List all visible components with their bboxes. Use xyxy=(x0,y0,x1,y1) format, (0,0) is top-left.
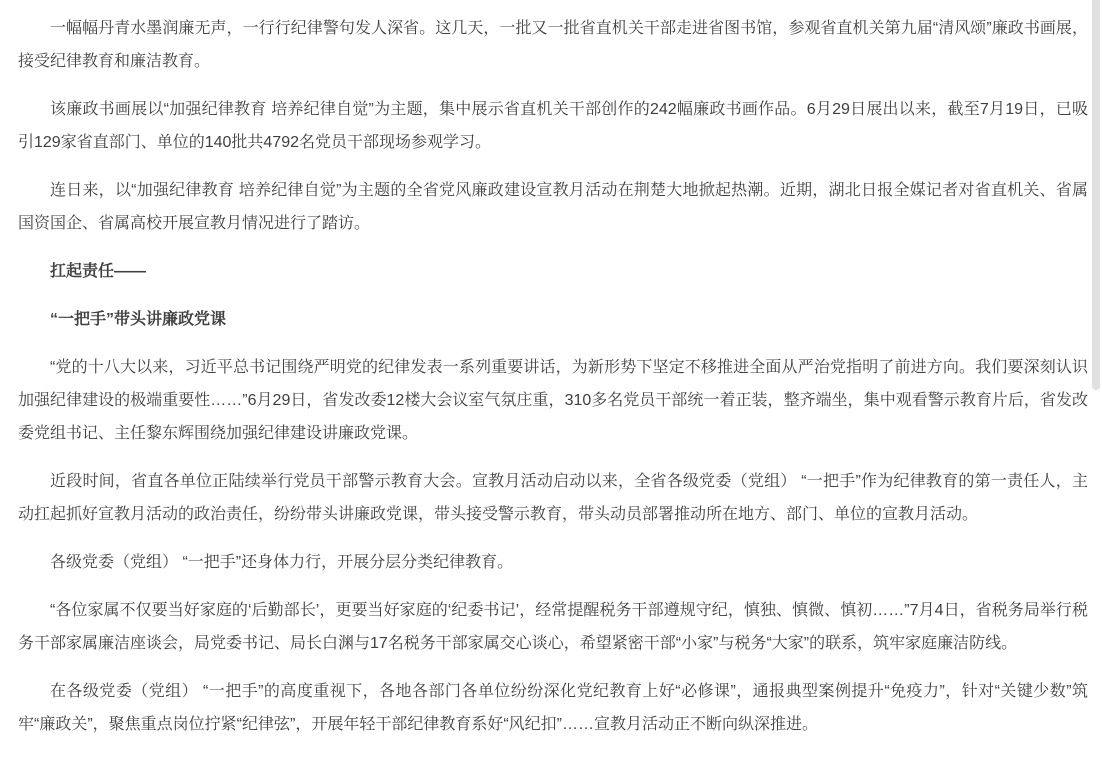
paragraph: 连日来，以“加强纪律教育 培养纪律自觉”为主题的全省党风廉政建设宣教月活动在荆楚… xyxy=(18,174,1088,240)
paragraph: 一幅幅丹青水墨润廉无声，一行行纪律警句发人深省。这几天，一批又一批省直机关干部走… xyxy=(18,12,1088,78)
scrollbar-thumb[interactable] xyxy=(1092,0,1100,390)
section-heading: 扛起责任—— xyxy=(18,255,1088,288)
paragraph: 该廉政书画展以“加强纪律教育 培养纪律自觉”为主题，集中展示省直机关干部创作的2… xyxy=(18,93,1088,159)
paragraph: 在各级党委（党组） “一把手”的高度重视下，各地各部门各单位纷纷深化党纪教育上好… xyxy=(18,675,1088,741)
scrollbar-track[interactable] xyxy=(1090,0,1102,770)
paragraph: “党的十八大以来，习近平总书记围绕严明党的纪律发表一系列重要讲话，为新形势下坚定… xyxy=(18,351,1088,450)
section-subheading: “一把手”带头讲廉政党课 xyxy=(18,303,1088,336)
paragraph: 近段时间，省直各单位正陆续举行党员干部警示教育大会。宣教月活动启动以来，全省各级… xyxy=(18,465,1088,531)
paragraph: “各位家属不仅要当好家庭的‘后勤部长’，更要当好家庭的‘纪委书记’，经常提醒税务… xyxy=(18,594,1088,660)
paragraph: 各级党委（党组） “一把手”还身体力行，开展分层分类纪律教育。 xyxy=(18,546,1088,579)
article-body: 一幅幅丹青水墨润廉无声，一行行纪律警句发人深省。这几天，一批又一批省直机关干部走… xyxy=(0,0,1102,741)
